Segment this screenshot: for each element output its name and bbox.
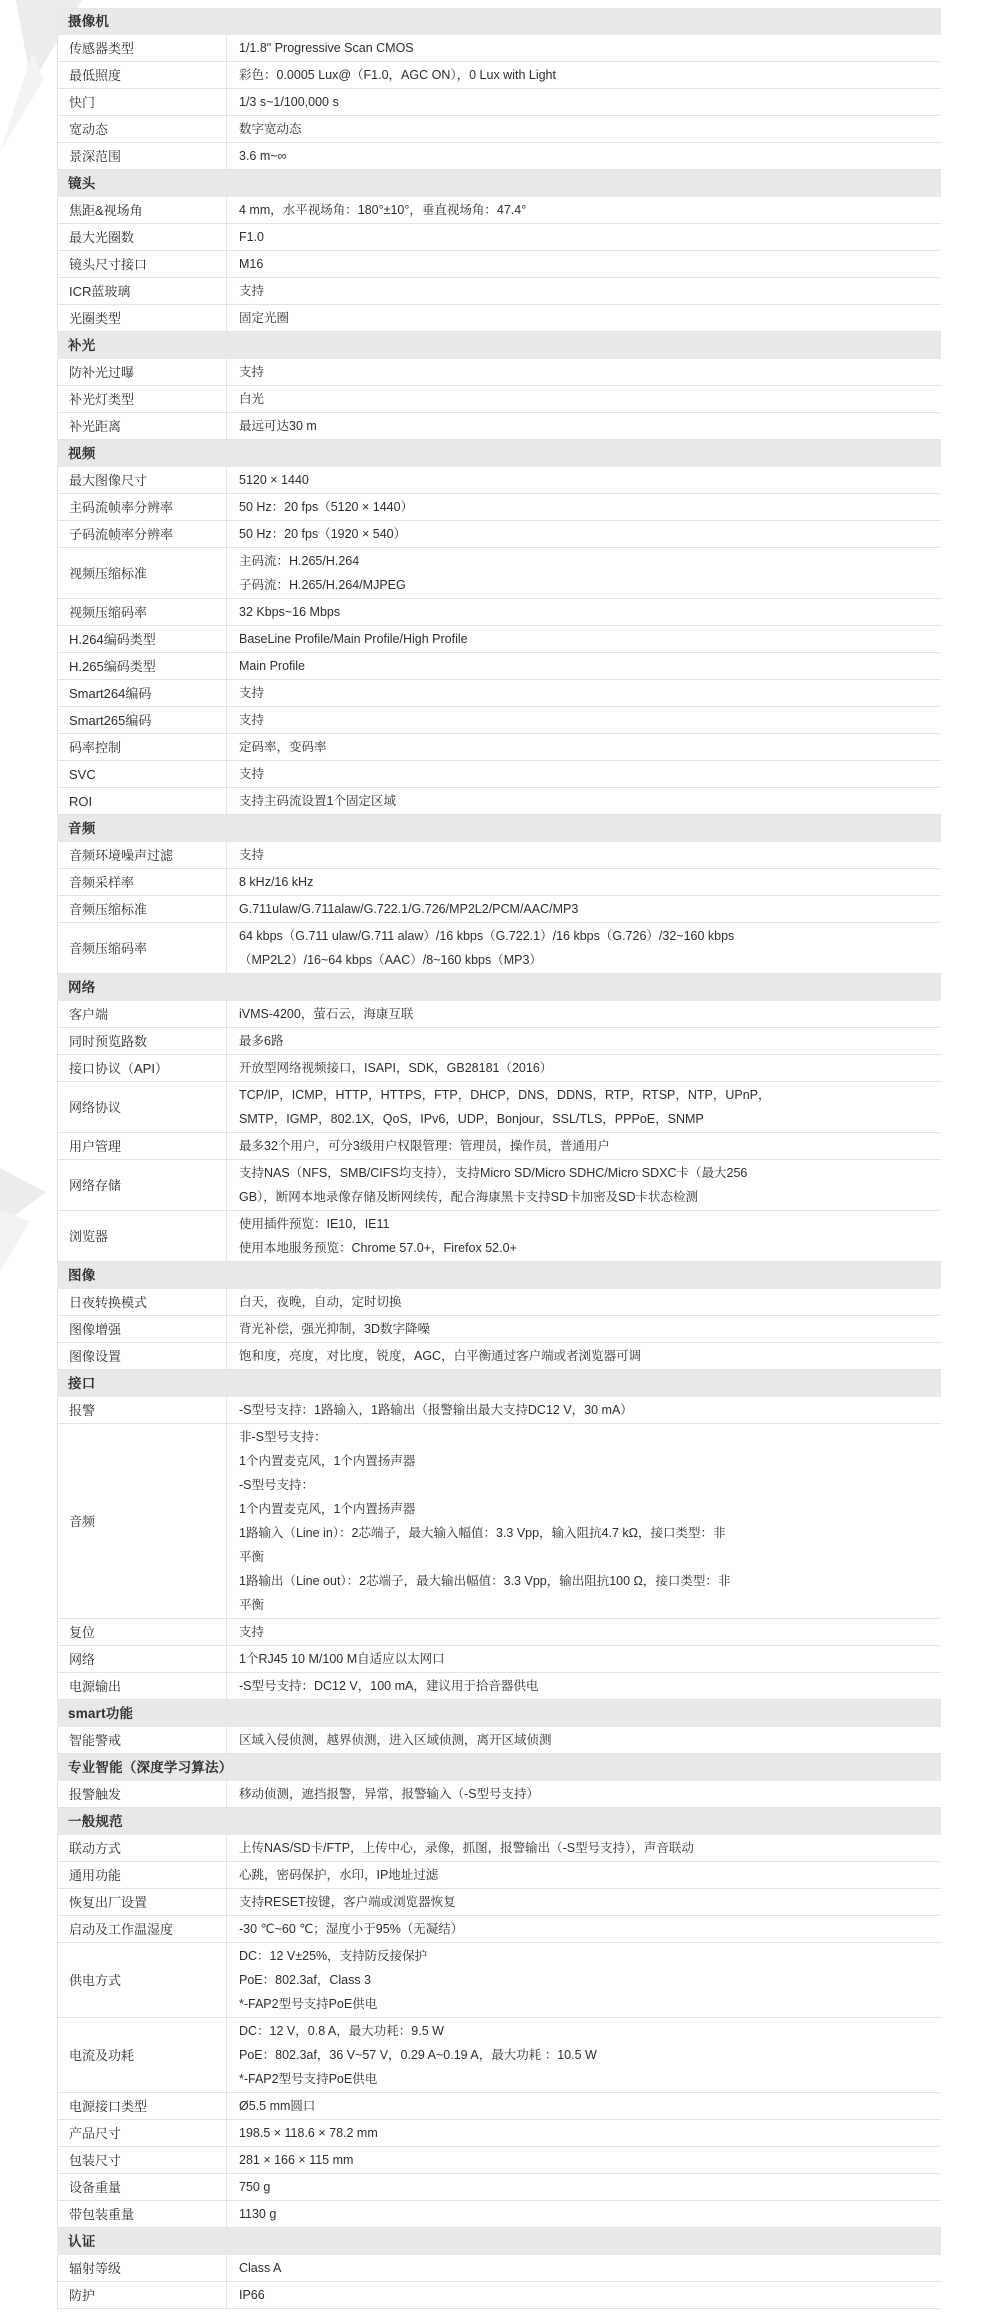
section-header: 视频 <box>57 440 941 467</box>
spec-row: 音频非-S型号支持：1个内置麦克风，1个内置扬声器-S型号支持：1个内置麦克风，… <box>57 1424 941 1619</box>
spec-value: 3.6 m~∞ <box>226 143 941 169</box>
spec-value: 定码率，变码率 <box>226 734 941 760</box>
section-header: 网络 <box>57 974 941 1001</box>
spec-row: ICR蓝玻璃支持 <box>57 278 941 305</box>
spec-label: 补光灯类型 <box>58 386 226 412</box>
spec-row: 启动及工作温湿度-30 ℃~60 ℃；湿度小于95%（无凝结） <box>57 1916 941 1943</box>
spec-value: 281 × 166 × 115 mm <box>226 2147 941 2173</box>
spec-value-line: 最多32个用户，可分3级用户权限管理：管理员，操作员，普通用户 <box>239 1134 929 1158</box>
spec-value: Class A <box>226 2255 941 2281</box>
spec-row: 宽动态数字宽动态 <box>57 116 941 143</box>
spec-row: 网络协议TCP/IP，ICMP，HTTP，HTTPS，FTP，DHCP，DNS，… <box>57 1082 941 1133</box>
spec-value: -30 ℃~60 ℃；湿度小于95%（无凝结） <box>226 1916 941 1942</box>
spec-row: 防护IP66 <box>57 2282 941 2309</box>
spec-value-line: 4 mm，水平视场角：180°±10°，垂直视场角：47.4° <box>239 198 929 222</box>
spec-value: 4 mm，水平视场角：180°±10°，垂直视场角：47.4° <box>226 197 941 223</box>
spec-label: 最低照度 <box>58 62 226 88</box>
spec-value-line: 50 Hz：20 fps（1920 × 540） <box>239 522 929 546</box>
spec-value: 1130 g <box>226 2201 941 2227</box>
spec-row: 电源输出-S型号支持：DC12 V，100 mA，建议用于拾音器供电 <box>57 1673 941 1700</box>
spec-value-line: 32 Kbps~16 Mbps <box>239 600 929 624</box>
spec-value-line: -S型号支持： <box>239 1473 929 1497</box>
spec-value: 1/1.8" Progressive Scan CMOS <box>226 35 941 61</box>
spec-value-line: 子码流：H.265/H.264/MJPEG <box>239 573 929 597</box>
section-header: 补光 <box>57 332 941 359</box>
spec-value: 固定光圈 <box>226 305 941 331</box>
spec-value-line: 数字宽动态 <box>239 117 929 141</box>
spec-value-line: 1/3 s~1/100,000 s <box>239 90 929 114</box>
spec-row: 码率控制定码率，变码率 <box>57 734 941 761</box>
spec-row: 音频采样率8 kHz/16 kHz <box>57 869 941 896</box>
spec-value-line: 饱和度，亮度，对比度，锐度，AGC，白平衡通过客户端或者浏览器可调 <box>239 1344 929 1368</box>
section-header: 接口 <box>57 1370 941 1397</box>
spec-label: 同时预览路数 <box>58 1028 226 1054</box>
spec-value-line: 区域入侵侦测，越界侦测，进入区域侦测，离开区域侦测 <box>239 1728 929 1752</box>
spec-value-line: *-FAP2型号支持PoE供电 <box>239 2067 929 2091</box>
spec-value: 8 kHz/16 kHz <box>226 869 941 895</box>
spec-value: 彩色：0.0005 Lux@（F1.0，AGC ON），0 Lux with L… <box>226 62 941 88</box>
spec-value-line: 1路输出（Line out）：2芯端子，最大输出幅值：3.3 Vpp，输出阻抗1… <box>239 1569 929 1593</box>
spec-row: 图像增强背光补偿，强光抑制，3D数字降噪 <box>57 1316 941 1343</box>
spec-value: IP66 <box>226 2282 941 2308</box>
spec-value-line: iVMS-4200，萤石云，海康互联 <box>239 1002 929 1026</box>
spec-row: 防补光过曝支持 <box>57 359 941 386</box>
spec-label: H.265编码类型 <box>58 653 226 679</box>
spec-row: 客户端iVMS-4200，萤石云，海康互联 <box>57 1001 941 1028</box>
spec-row: 音频环境噪声过滤支持 <box>57 842 941 869</box>
spec-value-line: TCP/IP，ICMP，HTTP，HTTPS，FTP，DHCP，DNS，DDNS… <box>239 1083 929 1107</box>
section-header: 音频 <box>57 815 941 842</box>
spec-label: 联动方式 <box>58 1835 226 1861</box>
spec-value: TCP/IP，ICMP，HTTP，HTTPS，FTP，DHCP，DNS，DDNS… <box>226 1082 941 1132</box>
spec-value-line: 支持 <box>239 279 929 303</box>
spec-row: 补光距离最远可达30 m <box>57 413 941 440</box>
spec-label: 日夜转换模式 <box>58 1289 226 1315</box>
spec-value: 最多6路 <box>226 1028 941 1054</box>
spec-label: 快门 <box>58 89 226 115</box>
spec-row: 联动方式上传NAS/SD卡/FTP，上传中心，录像，抓图，报警输出（-S型号支持… <box>57 1835 941 1862</box>
spec-row: 子码流帧率分辨率50 Hz：20 fps（1920 × 540） <box>57 521 941 548</box>
spec-value-line: -S型号支持：DC12 V，100 mA，建议用于拾音器供电 <box>239 1674 929 1698</box>
spec-value: 支持 <box>226 1619 941 1645</box>
spec-value-line: 开放型网络视频接口，ISAPI，SDK，GB28181（2016） <box>239 1056 929 1080</box>
spec-value-line: F1.0 <box>239 225 929 249</box>
spec-label: 音频压缩标准 <box>58 896 226 922</box>
spec-value-line: 最多6路 <box>239 1029 929 1053</box>
spec-label: 设备重量 <box>58 2174 226 2200</box>
spec-label: 恢复出厂设置 <box>58 1889 226 1915</box>
spec-value-line: 1个内置麦克风，1个内置扬声器 <box>239 1449 929 1473</box>
spec-label: 音频环境噪声过滤 <box>58 842 226 868</box>
spec-row: 恢复出厂设置支持RESET按键，客户端或浏览器恢复 <box>57 1889 941 1916</box>
spec-label: 视频压缩标准 <box>58 548 226 598</box>
spec-value: 非-S型号支持：1个内置麦克风，1个内置扬声器-S型号支持：1个内置麦克风，1个… <box>226 1424 941 1618</box>
spec-value-line: SMTP，IGMP，802.1X，QoS，IPv6，UDP，Bonjour，SS… <box>239 1107 929 1131</box>
spec-value-line: 5120 × 1440 <box>239 468 929 492</box>
spec-value: 1/3 s~1/100,000 s <box>226 89 941 115</box>
section-header: smart功能 <box>57 1700 941 1727</box>
spec-value-line: 1个RJ45 10 M/100 M自适应以太网口 <box>239 1647 929 1671</box>
spec-value-line: 平衡 <box>239 1593 929 1617</box>
spec-value-line: 198.5 × 118.6 × 78.2 mm <box>239 2121 929 2145</box>
spec-value: 上传NAS/SD卡/FTP，上传中心，录像，抓图，报警输出（-S型号支持），声音… <box>226 1835 941 1861</box>
spec-label: 光圈类型 <box>58 305 226 331</box>
spec-label: 视频压缩码率 <box>58 599 226 625</box>
spec-row: 用户管理最多32个用户，可分3级用户权限管理：管理员，操作员，普通用户 <box>57 1133 941 1160</box>
spec-value-line: 281 × 166 × 115 mm <box>239 2148 929 2172</box>
spec-label: SVC <box>58 761 226 787</box>
spec-row: 通用功能心跳，密码保护，水印，IP地址过滤 <box>57 1862 941 1889</box>
spec-value-line: （MP2L2）/16~64 kbps（AAC）/8~160 kbps（MP3） <box>239 948 929 972</box>
spec-label: 浏览器 <box>58 1211 226 1261</box>
spec-value-line: 支持 <box>239 762 929 786</box>
spec-value-line: Ø5.5 mm圆口 <box>239 2094 929 2118</box>
watermark-bolt-mid-lower <box>0 1210 34 1272</box>
spec-value: 背光补偿，强光抑制，3D数字降噪 <box>226 1316 941 1342</box>
spec-value-line: DC：12 V±25%，支持防反接保护 <box>239 1944 929 1968</box>
spec-value-line: 8 kHz/16 kHz <box>239 870 929 894</box>
spec-value: 最多32个用户，可分3级用户权限管理：管理员，操作员，普通用户 <box>226 1133 941 1159</box>
spec-row: 补光灯类型白光 <box>57 386 941 413</box>
spec-row: ROI支持主码流设置1个固定区域 <box>57 788 941 815</box>
spec-label: 宽动态 <box>58 116 226 142</box>
spec-label: 复位 <box>58 1619 226 1645</box>
spec-label: 辐射等级 <box>58 2255 226 2281</box>
spec-label: 电源接口类型 <box>58 2093 226 2119</box>
spec-label: 补光距离 <box>58 413 226 439</box>
spec-value: 移动侦测，遮挡报警，异常，报警输入（-S型号支持） <box>226 1781 941 1807</box>
spec-value: 64 kbps（G.711 ulaw/G.711 alaw）/16 kbps（G… <box>226 923 941 973</box>
spec-row: 同时预览路数最多6路 <box>57 1028 941 1055</box>
spec-value-line: 定码率，变码率 <box>239 735 929 759</box>
spec-value: 使用插件预览：IE10，IE11使用本地服务预览：Chrome 57.0+，Fi… <box>226 1211 941 1261</box>
spec-label: 最大光圈数 <box>58 224 226 250</box>
section-header: 认证 <box>57 2228 941 2255</box>
spec-value-line: 固定光圈 <box>239 306 929 330</box>
spec-value: 支持 <box>226 278 941 304</box>
spec-label: H.264编码类型 <box>58 626 226 652</box>
spec-label: 网络存储 <box>58 1160 226 1210</box>
spec-row: 镜头尺寸接口M16 <box>57 251 941 278</box>
spec-label: 包装尺寸 <box>58 2147 226 2173</box>
spec-row: 网络存储支持NAS（NFS，SMB/CIFS均支持），支持Micro SD/Mi… <box>57 1160 941 1211</box>
spec-row: 报警-S型号支持：1路输入，1路输出（报警输出最大支持DC12 V，30 mA） <box>57 1397 941 1424</box>
spec-value: 支持NAS（NFS，SMB/CIFS均支持），支持Micro SD/Micro … <box>226 1160 941 1210</box>
spec-value: 支持 <box>226 680 941 706</box>
spec-value-line: 白光 <box>239 387 929 411</box>
spec-value: 支持主码流设置1个固定区域 <box>226 788 941 814</box>
spec-row: 设备重量750 g <box>57 2174 941 2201</box>
spec-value: Main Profile <box>226 653 941 679</box>
spec-value-line: 支持 <box>239 681 929 705</box>
spec-label: 启动及工作温湿度 <box>58 1916 226 1942</box>
spec-row: 光圈类型固定光圈 <box>57 305 941 332</box>
spec-value-line: 1130 g <box>239 2202 929 2226</box>
spec-row: Smart264编码支持 <box>57 680 941 707</box>
spec-label: ROI <box>58 788 226 814</box>
spec-value: -S型号支持：1路输入，1路输出（报警输出最大支持DC12 V，30 mA） <box>226 1397 941 1423</box>
spec-value: 支持RESET按键，客户端或浏览器恢复 <box>226 1889 941 1915</box>
spec-value: 支持 <box>226 707 941 733</box>
section-header: 专业智能（深度学习算法） <box>57 1754 941 1781</box>
spec-row: 焦距&视场角4 mm，水平视场角：180°±10°，垂直视场角：47.4° <box>57 197 941 224</box>
spec-row: 日夜转换模式白天，夜晚，自动，定时切换 <box>57 1289 941 1316</box>
spec-value-line: 支持 <box>239 843 929 867</box>
spec-value: 饱和度，亮度，对比度，锐度，AGC，白平衡通过客户端或者浏览器可调 <box>226 1343 941 1369</box>
spec-value-line: PoE：802.3af，Class 3 <box>239 1968 929 1992</box>
section-header: 图像 <box>57 1262 941 1289</box>
spec-value-line: 使用插件预览：IE10，IE11 <box>239 1212 929 1236</box>
spec-row: 复位支持 <box>57 1619 941 1646</box>
spec-row: 最低照度彩色：0.0005 Lux@（F1.0，AGC ON），0 Lux wi… <box>57 62 941 89</box>
spec-value: DC：12 V±25%，支持防反接保护PoE：802.3af，Class 3*-… <box>226 1943 941 2017</box>
spec-value: 开放型网络视频接口，ISAPI，SDK，GB28181（2016） <box>226 1055 941 1081</box>
spec-label: 供电方式 <box>58 1943 226 2017</box>
spec-value: F1.0 <box>226 224 941 250</box>
spec-value-line: DC：12 V，0.8 A，最大功耗：9.5 W <box>239 2019 929 2043</box>
spec-value: DC：12 V，0.8 A，最大功耗：9.5 WPoE：802.3af，36 V… <box>226 2018 941 2092</box>
spec-value-line: M16 <box>239 252 929 276</box>
spec-row: Smart265编码支持 <box>57 707 941 734</box>
spec-row: 供电方式DC：12 V±25%，支持防反接保护PoE：802.3af，Class… <box>57 1943 941 2018</box>
spec-value-line: 背光补偿，强光抑制，3D数字降噪 <box>239 1317 929 1341</box>
spec-value-line: 1/1.8" Progressive Scan CMOS <box>239 36 929 60</box>
spec-value: Ø5.5 mm圆口 <box>226 2093 941 2119</box>
spec-value: 198.5 × 118.6 × 78.2 mm <box>226 2120 941 2146</box>
spec-value: 数字宽动态 <box>226 116 941 142</box>
spec-value-line: BaseLine Profile/Main Profile/High Profi… <box>239 627 929 651</box>
spec-value-line: 使用本地服务预览：Chrome 57.0+，Firefox 52.0+ <box>239 1236 929 1260</box>
spec-value: 50 Hz：20 fps（1920 × 540） <box>226 521 941 547</box>
spec-row: 带包装重量1130 g <box>57 2201 941 2228</box>
spec-label: 网络协议 <box>58 1082 226 1132</box>
spec-value-line: 64 kbps（G.711 ulaw/G.711 alaw）/16 kbps（G… <box>239 924 929 948</box>
spec-value-line: 支持主码流设置1个固定区域 <box>239 789 929 813</box>
spec-row: 报警触发移动侦测，遮挡报警，异常，报警输入（-S型号支持） <box>57 1781 941 1808</box>
spec-label: 智能警戒 <box>58 1727 226 1753</box>
spec-value-line: 1路输入（Line in）：2芯端子，最大输入幅值：3.3 Vpp，输入阻抗4.… <box>239 1521 929 1545</box>
spec-row: H.264编码类型BaseLine Profile/Main Profile/H… <box>57 626 941 653</box>
spec-row: 视频压缩标准主码流：H.265/H.264子码流：H.265/H.264/MJP… <box>57 548 941 599</box>
spec-value-line: 支持 <box>239 1620 929 1644</box>
spec-value-line: G.711ulaw/G.711alaw/G.722.1/G.726/MP2L2/… <box>239 897 929 921</box>
spec-row: H.265编码类型Main Profile <box>57 653 941 680</box>
spec-label: 防补光过曝 <box>58 359 226 385</box>
spec-label: 防护 <box>58 2282 226 2308</box>
spec-value: 心跳，密码保护，水印，IP地址过滤 <box>226 1862 941 1888</box>
spec-value-line: 平衡 <box>239 1545 929 1569</box>
spec-label: 电源输出 <box>58 1673 226 1699</box>
spec-label: 音频采样率 <box>58 869 226 895</box>
spec-row: 电流及功耗DC：12 V，0.8 A，最大功耗：9.5 WPoE：802.3af… <box>57 2018 941 2093</box>
spec-value-line: IP66 <box>239 2283 929 2307</box>
spec-label: 镜头尺寸接口 <box>58 251 226 277</box>
spec-value: G.711ulaw/G.711alaw/G.722.1/G.726/MP2L2/… <box>226 896 941 922</box>
spec-value: 白光 <box>226 386 941 412</box>
spec-row: SVC支持 <box>57 761 941 788</box>
spec-value-line: 支持 <box>239 360 929 384</box>
spec-row: 辐射等级Class A <box>57 2255 941 2282</box>
spec-label: 报警触发 <box>58 1781 226 1807</box>
spec-label: 子码流帧率分辨率 <box>58 521 226 547</box>
spec-row: 主码流帧率分辨率50 Hz：20 fps（5120 × 1440） <box>57 494 941 521</box>
spec-label: 报警 <box>58 1397 226 1423</box>
spec-value: BaseLine Profile/Main Profile/High Profi… <box>226 626 941 652</box>
spec-value-line: -30 ℃~60 ℃；湿度小于95%（无凝结） <box>239 1917 929 1941</box>
spec-value-line: 750 g <box>239 2175 929 2199</box>
section-header: 一般规范 <box>57 1808 941 1835</box>
spec-value-line: 1个内置麦克风，1个内置扬声器 <box>239 1497 929 1521</box>
spec-row: 视频压缩码率32 Kbps~16 Mbps <box>57 599 941 626</box>
spec-value: 最远可达30 m <box>226 413 941 439</box>
spec-label: 传感器类型 <box>58 35 226 61</box>
spec-value: 750 g <box>226 2174 941 2200</box>
spec-row: 传感器类型1/1.8" Progressive Scan CMOS <box>57 35 941 62</box>
spec-value-line: 心跳，密码保护，水印，IP地址过滤 <box>239 1863 929 1887</box>
spec-value: 1个RJ45 10 M/100 M自适应以太网口 <box>226 1646 941 1672</box>
spec-row: 浏览器使用插件预览：IE10，IE11使用本地服务预览：Chrome 57.0+… <box>57 1211 941 1262</box>
spec-table: 摄像机传感器类型1/1.8" Progressive Scan CMOS最低照度… <box>57 8 941 2309</box>
spec-value-line: GB），断网本地录像存储及断网续传，配合海康黑卡支持SD卡加密及SD卡状态检测 <box>239 1185 929 1209</box>
spec-value-line: PoE：802.3af，36 V~57 V，0.29 A~0.19 A，最大功耗… <box>239 2043 929 2067</box>
spec-value-line: Class A <box>239 2256 929 2280</box>
spec-value-line: *-FAP2型号支持PoE供电 <box>239 1992 929 2016</box>
spec-value-line: 3.6 m~∞ <box>239 144 929 168</box>
spec-label: 最大图像尺寸 <box>58 467 226 493</box>
spec-value: 50 Hz：20 fps（5120 × 1440） <box>226 494 941 520</box>
spec-value: 区域入侵侦测，越界侦测，进入区域侦测，离开区域侦测 <box>226 1727 941 1753</box>
spec-label: 音频压缩码率 <box>58 923 226 973</box>
spec-label: 网络 <box>58 1646 226 1672</box>
spec-label: 景深范围 <box>58 143 226 169</box>
spec-label: ICR蓝玻璃 <box>58 278 226 304</box>
spec-value-line: 上传NAS/SD卡/FTP，上传中心，录像，抓图，报警输出（-S型号支持），声音… <box>239 1836 929 1860</box>
section-header: 镜头 <box>57 170 941 197</box>
spec-value: 支持 <box>226 761 941 787</box>
spec-value-line: 支持RESET按键，客户端或浏览器恢复 <box>239 1890 929 1914</box>
spec-row: 景深范围3.6 m~∞ <box>57 143 941 170</box>
spec-value: 支持 <box>226 359 941 385</box>
spec-label: 产品尺寸 <box>58 2120 226 2146</box>
spec-row: 包装尺寸281 × 166 × 115 mm <box>57 2147 941 2174</box>
spec-row: 快门1/3 s~1/100,000 s <box>57 89 941 116</box>
spec-value-line: 白天，夜晚，自动，定时切换 <box>239 1290 929 1314</box>
spec-value-line: 支持NAS（NFS，SMB/CIFS均支持），支持Micro SD/Micro … <box>239 1161 929 1185</box>
spec-value: iVMS-4200，萤石云，海康互联 <box>226 1001 941 1027</box>
spec-label: Smart265编码 <box>58 707 226 733</box>
spec-value: -S型号支持：DC12 V，100 mA，建议用于拾音器供电 <box>226 1673 941 1699</box>
section-header: 摄像机 <box>57 8 941 35</box>
spec-value: M16 <box>226 251 941 277</box>
spec-label: 图像增强 <box>58 1316 226 1342</box>
spec-label: 图像设置 <box>58 1343 226 1369</box>
spec-row: 音频压缩码率64 kbps（G.711 ulaw/G.711 alaw）/16 … <box>57 923 941 974</box>
spec-value-line: 支持 <box>239 708 929 732</box>
spec-label: 带包装重量 <box>58 2201 226 2227</box>
spec-value: 32 Kbps~16 Mbps <box>226 599 941 625</box>
spec-row: 最大光圈数F1.0 <box>57 224 941 251</box>
spec-label: 音频 <box>58 1424 226 1618</box>
spec-row: 最大图像尺寸5120 × 1440 <box>57 467 941 494</box>
spec-row: 电源接口类型Ø5.5 mm圆口 <box>57 2093 941 2120</box>
spec-label: 主码流帧率分辨率 <box>58 494 226 520</box>
spec-label: Smart264编码 <box>58 680 226 706</box>
spec-label: 客户端 <box>58 1001 226 1027</box>
spec-value-line: 最远可达30 m <box>239 414 929 438</box>
spec-label: 接口协议（API） <box>58 1055 226 1081</box>
spec-row: 音频压缩标准G.711ulaw/G.711alaw/G.722.1/G.726/… <box>57 896 941 923</box>
spec-row: 图像设置饱和度，亮度，对比度，锐度，AGC，白平衡通过客户端或者浏览器可调 <box>57 1343 941 1370</box>
spec-label: 码率控制 <box>58 734 226 760</box>
spec-value: 主码流：H.265/H.264子码流：H.265/H.264/MJPEG <box>226 548 941 598</box>
watermark-bolt-top-lower <box>0 52 56 152</box>
spec-value: 白天，夜晚，自动，定时切换 <box>226 1289 941 1315</box>
spec-label: 通用功能 <box>58 1862 226 1888</box>
spec-value: 支持 <box>226 842 941 868</box>
spec-label: 用户管理 <box>58 1133 226 1159</box>
spec-row: 产品尺寸198.5 × 118.6 × 78.2 mm <box>57 2120 941 2147</box>
spec-value-line: 主码流：H.265/H.264 <box>239 549 929 573</box>
spec-value: 5120 × 1440 <box>226 467 941 493</box>
spec-row: 网络1个RJ45 10 M/100 M自适应以太网口 <box>57 1646 941 1673</box>
spec-value-line: 移动侦测，遮挡报警，异常，报警输入（-S型号支持） <box>239 1782 929 1806</box>
spec-value-line: Main Profile <box>239 654 929 678</box>
spec-label: 焦距&视场角 <box>58 197 226 223</box>
spec-value-line: -S型号支持：1路输入，1路输出（报警输出最大支持DC12 V，30 mA） <box>239 1398 929 1422</box>
spec-value-line: 50 Hz：20 fps（5120 × 1440） <box>239 495 929 519</box>
spec-value-line: 非-S型号支持： <box>239 1425 929 1449</box>
spec-row: 智能警戒区域入侵侦测，越界侦测，进入区域侦测，离开区域侦测 <box>57 1727 941 1754</box>
spec-row: 接口协议（API）开放型网络视频接口，ISAPI，SDK，GB28181（201… <box>57 1055 941 1082</box>
spec-value-line: 彩色：0.0005 Lux@（F1.0，AGC ON），0 Lux with L… <box>239 63 929 87</box>
spec-label: 电流及功耗 <box>58 2018 226 2092</box>
